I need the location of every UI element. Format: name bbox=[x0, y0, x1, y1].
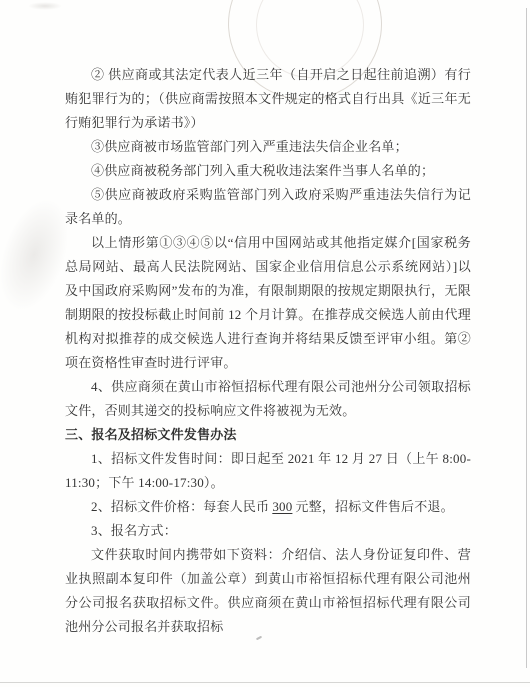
paragraph-gov-procurement-blacklist: ⑤供应商被政府采购监管部门列入政府采购严重违法失信行为记录名单的。 bbox=[65, 183, 471, 231]
paragraph-bribery-clause: ② 供应商或其法定代表人近三年（自开启之日起往前追溯）有行贿犯罪行为的；（供应商… bbox=[65, 63, 471, 135]
price-suffix: 元整，招标文件售后不退。 bbox=[295, 499, 453, 514]
paragraph-registration-method: 3、报名方式： bbox=[65, 519, 471, 543]
price-prefix: 2、招标文件价格：每套人民币 bbox=[91, 499, 269, 514]
paragraph-credit-verification-basis: 以上情形第①③④⑤以“信用中国网站或其他指定媒介[国家税务总局网站、最高人民法院… bbox=[65, 231, 471, 375]
paragraph-sale-time: 1、招标文件发售时间：即日起至 2021 年 12 月 27 日（上午 8:00… bbox=[65, 447, 471, 495]
paragraph-market-blacklist: ③供应商被市场监管部门列入严重违法失信企业名单； bbox=[65, 135, 471, 159]
paragraph-item4-document-pickup: 4、供应商须在黄山市裕恒招标代理有限公司池州分公司领取招标文件，否则其递交的投标… bbox=[65, 375, 471, 423]
price-value: 300 bbox=[269, 499, 295, 514]
paragraph-tax-blacklist: ④供应商被税务部门列入重大税收违法案件当事人名单的； bbox=[65, 159, 471, 183]
document-content: ② 供应商或其法定代表人近三年（自开启之日起往前追溯）有行贿犯罪行为的；（供应商… bbox=[65, 63, 471, 639]
document-page: ② 供应商或其法定代表人近三年（自开启之日起往前追溯）有行贿犯罪行为的；（供应商… bbox=[0, 0, 530, 687]
section-heading-registration: 三、报名及招标文件发售办法 bbox=[65, 423, 471, 447]
scan-edge-bottom bbox=[0, 682, 530, 683]
scan-edge-right bbox=[526, 8, 527, 668]
scan-smudge-top bbox=[28, 2, 62, 10]
paragraph-required-materials: 文件获取时间内携带如下资料：介绍信、法人身份证复印件、营业执照副本复印件（加盖公… bbox=[65, 543, 471, 639]
paragraph-document-price: 2、招标文件价格：每套人民币300元整，招标文件售后不退。 bbox=[65, 495, 471, 519]
